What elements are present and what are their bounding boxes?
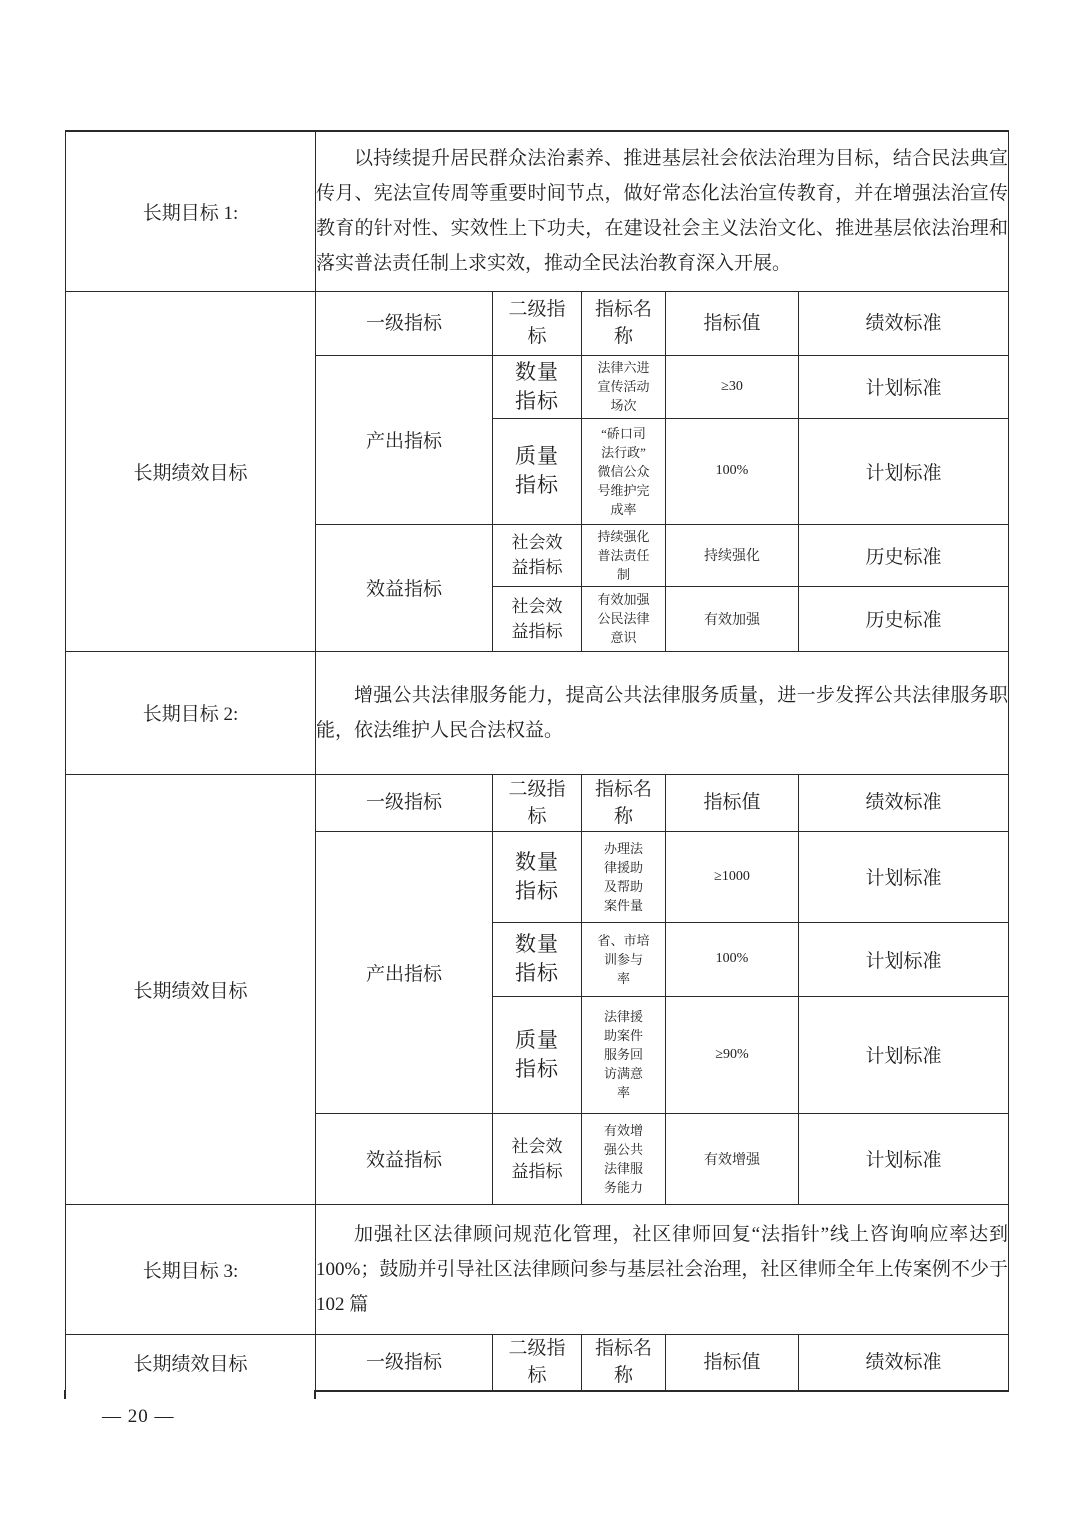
header-level2-cell: 二级指 标 [493, 291, 582, 355]
section1-header-row: 长期绩效目标 一级指标 二级指 标 指标名 称 指标值 绩效标准 [66, 291, 1009, 355]
indicator-value-cell: 100% [666, 922, 799, 996]
header-level1-cell: 一级指标 [316, 291, 493, 355]
section3-header-row: 长期绩效目标 一级指标 二级指 标 指标名 称 指标值 绩效标准 [66, 1334, 1009, 1391]
header-standard-cell: 绩效标准 [799, 1334, 1009, 1391]
section2-header-row: 长期绩效目标 一级指标 二级指 标 指标名 称 指标值 绩效标准 [66, 774, 1009, 831]
header-level2-cell: 二级指 标 [493, 1334, 582, 1391]
performance-standard-cell: 计划标准 [799, 922, 1009, 996]
indicator-name-cell: 法律六进 宣传活动 场次 [582, 355, 666, 418]
performance-standard-cell: 计划标准 [799, 355, 1009, 418]
goal3-row: 长期目标 3: 加强社区法律顾问规范化管理，社区律师回复“法指针”线上咨询响应率… [66, 1204, 1009, 1334]
performance-standard-cell: 历史标准 [799, 586, 1009, 651]
header-indicator-name-cell: 指标名 称 [582, 774, 666, 831]
indicator-value-cell: 有效增强 [666, 1113, 799, 1204]
indicator-value-cell: ≥90% [666, 996, 799, 1113]
header-standard-cell: 绩效标准 [799, 291, 1009, 355]
indicator-category-cell: 产出指标 [316, 831, 493, 1113]
goal2-label-cell: 长期目标 2: [66, 651, 316, 774]
goal2-text-cell: 增强公共法律服务能力，提高公共法律服务质量，进一步发挥公共法律服务职能，依法维护… [316, 651, 1009, 774]
indicator-level2-cell: 社会效 益指标 [493, 1113, 582, 1204]
header-indicator-name-cell: 指标名 称 [582, 291, 666, 355]
performance-targets-table: 长期目标 1: 以持续提升居民群众法治素养、推进基层社会依法治理为目标，结合民法… [65, 130, 1009, 1392]
goal3-text-cell: 加强社区法律顾问规范化管理，社区律师回复“法指针”线上咨询响应率达到 100%；… [316, 1204, 1009, 1334]
goal2-paragraph: 增强公共法律服务能力，提高公共法律服务质量，进一步发挥公共法律服务职能，依法维护… [316, 678, 1008, 748]
goal1-text-cell: 以持续提升居民群众法治素养、推进基层社会依法治理为目标，结合民法典宣传月、宪法宣… [316, 131, 1009, 291]
goal2-row: 长期目标 2: 增强公共法律服务能力，提高公共法律服务质量，进一步发挥公共法律服… [66, 651, 1009, 774]
performance-standard-cell: 计划标准 [799, 996, 1009, 1113]
indicator-level2-cell: 数量 指标 [493, 831, 582, 922]
indicator-category-cell: 产出指标 [316, 355, 493, 524]
header-level1-cell: 一级指标 [316, 774, 493, 831]
perf-goal-label-cell: 长期绩效目标 [66, 774, 316, 1204]
performance-standard-cell: 历史标准 [799, 524, 1009, 586]
indicator-level2-cell: 数量 指标 [493, 355, 582, 418]
header-standard-cell: 绩效标准 [799, 774, 1009, 831]
performance-standard-cell: 计划标准 [799, 418, 1009, 524]
indicator-value-cell: ≥1000 [666, 831, 799, 922]
performance-standard-cell: 计划标准 [799, 1113, 1009, 1204]
goal1-paragraph: 以持续提升居民群众法治素养、推进基层社会依法治理为目标，结合民法典宣传月、宪法宣… [316, 141, 1008, 281]
indicator-name-cell: “硚口司 法行政” 微信公众 号维护完 成率 [582, 418, 666, 524]
perf-goal-label-cell: 长期绩效目标 [66, 1334, 316, 1391]
goal3-label-cell: 长期目标 3: [66, 1204, 316, 1334]
table-continuation-line-left [64, 1390, 66, 1399]
header-indicator-value-cell: 指标值 [666, 1334, 799, 1391]
indicator-level2-cell: 社会效 益指标 [493, 524, 582, 586]
indicator-name-cell: 有效增 强公共 法律服 务能力 [582, 1113, 666, 1204]
goal1-label-cell: 长期目标 1: [66, 131, 316, 291]
goal3-paragraph: 加强社区法律顾问规范化管理，社区律师回复“法指针”线上咨询响应率达到 100%；… [316, 1217, 1008, 1322]
header-indicator-value-cell: 指标值 [666, 774, 799, 831]
indicator-value-cell: ≥30 [666, 355, 799, 418]
indicator-value-cell: 有效加强 [666, 586, 799, 651]
goal1-row: 长期目标 1: 以持续提升居民群众法治素养、推进基层社会依法治理为目标，结合民法… [66, 131, 1009, 291]
indicator-name-cell: 持续强化 普法责任 制 [582, 524, 666, 586]
indicator-level2-cell: 质量 指标 [493, 418, 582, 524]
page-number: — 20 — [102, 1406, 175, 1428]
indicator-level2-cell: 数量 指标 [493, 922, 582, 996]
indicator-value-cell: 100% [666, 418, 799, 524]
header-level2-cell: 二级指 标 [493, 774, 582, 831]
indicator-category-cell: 效益指标 [316, 1113, 493, 1204]
indicator-category-cell: 效益指标 [316, 524, 493, 651]
perf-goal-label-cell: 长期绩效目标 [66, 291, 316, 651]
header-indicator-value-cell: 指标值 [666, 291, 799, 355]
performance-standard-cell: 计划标准 [799, 831, 1009, 922]
indicator-level2-cell: 质量 指标 [493, 996, 582, 1113]
indicator-level2-cell: 社会效 益指标 [493, 586, 582, 651]
document-page: 长期目标 1: 以持续提升居民群众法治素养、推进基层社会依法治理为目标，结合民法… [0, 0, 1074, 1520]
indicator-name-cell: 办理法 律援助 及帮助 案件量 [582, 831, 666, 922]
indicator-name-cell: 法律援 助案件 服务回 访满意 率 [582, 996, 666, 1113]
header-indicator-name-cell: 指标名 称 [582, 1334, 666, 1391]
indicator-name-cell: 有效加强 公民法律 意识 [582, 586, 666, 651]
indicator-name-cell: 省、市培 训参与 率 [582, 922, 666, 996]
table-continuation-line-mid [314, 1390, 316, 1399]
indicator-value-cell: 持续强化 [666, 524, 799, 586]
header-level1-cell: 一级指标 [316, 1334, 493, 1391]
